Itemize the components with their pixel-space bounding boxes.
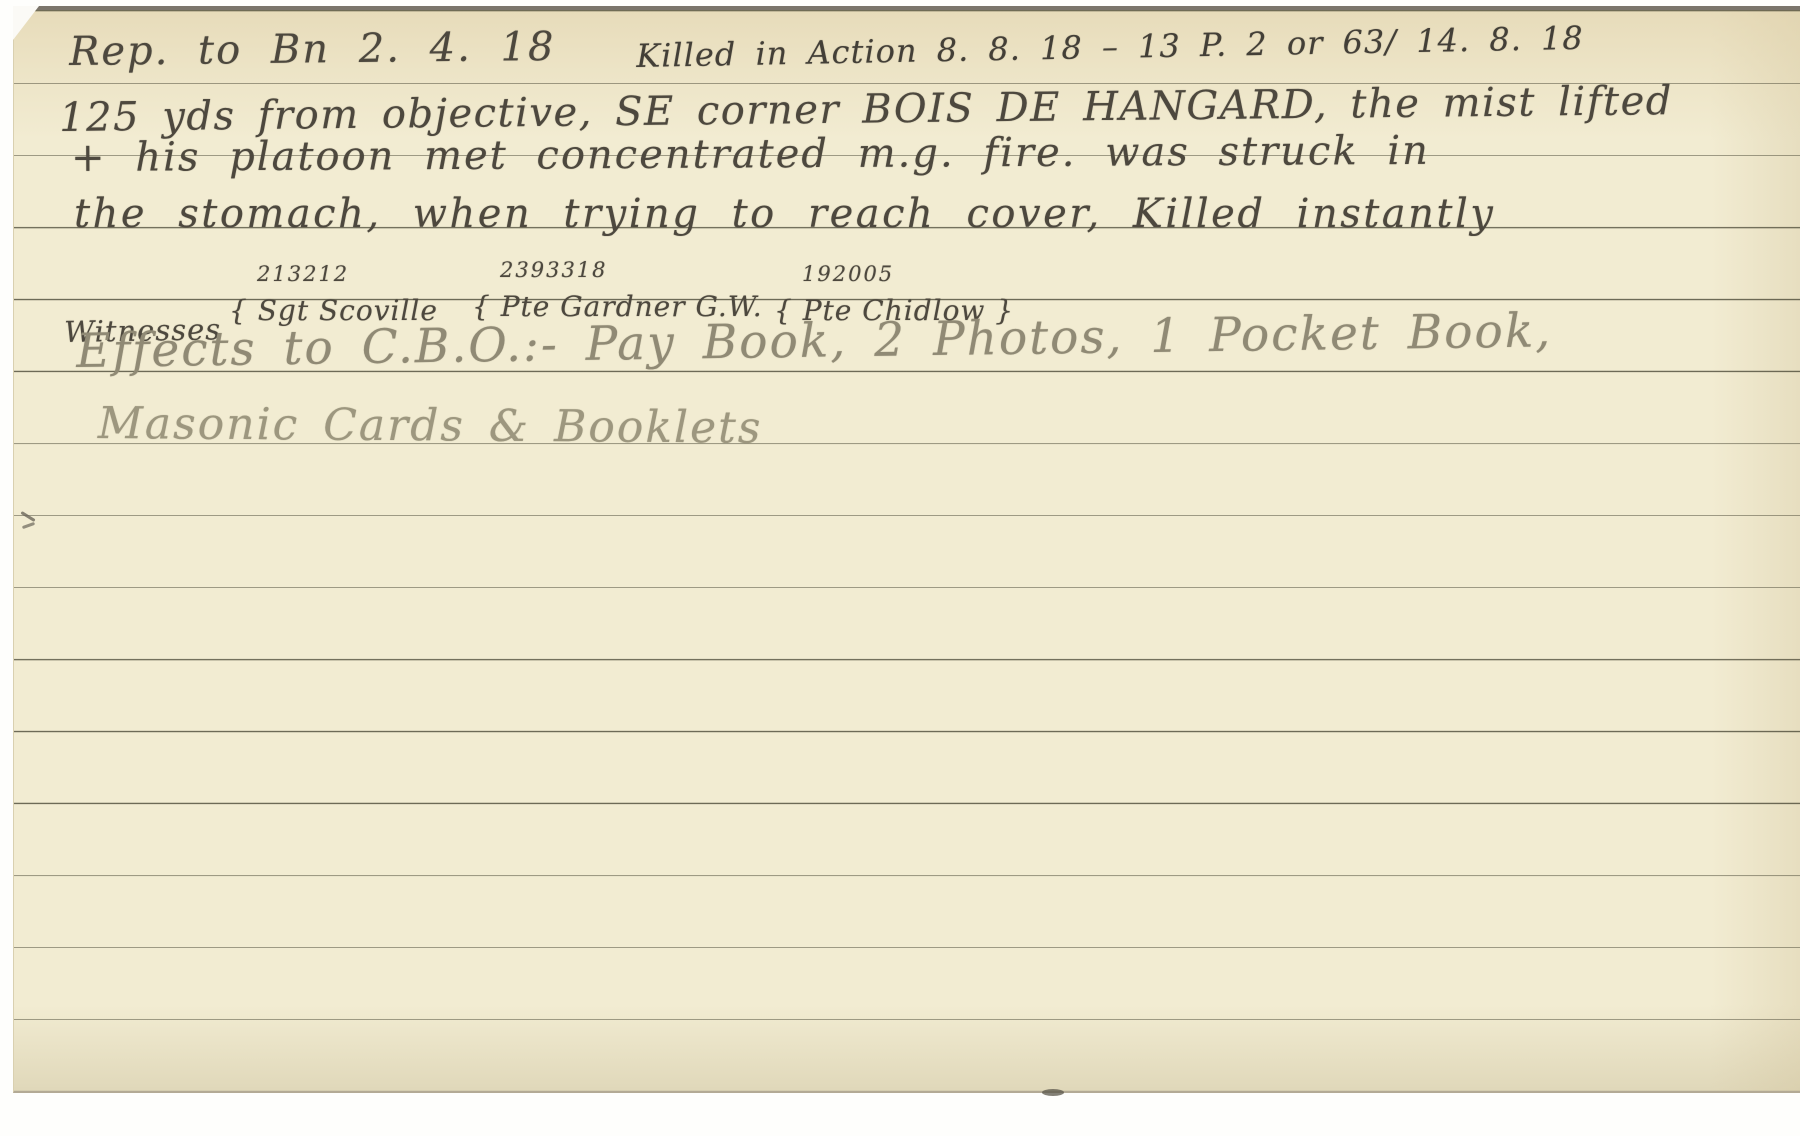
witness-group: 213212 { Sgt Scoville (229, 262, 438, 327)
body-line-2: + his platoon met concentrated m.g. fire… (71, 131, 1430, 178)
card-corner-clip (13, 6, 39, 40)
body-line-3: the stomach, when trying to reach cover,… (74, 194, 1495, 234)
witness-service-number: 213212 (257, 262, 438, 286)
edge-pencil-mark (20, 511, 35, 522)
effects-line-2: Masonic Cards & Booklets (98, 402, 763, 451)
body-line-1: 125 yds from objective, SE corner BOIS D… (59, 81, 1673, 138)
index-card: Rep. to Bn 2. 4. 18 Killed in Action 8. … (13, 6, 1800, 1093)
witness-service-number: 2393318 (500, 258, 763, 282)
header-report-note: Rep. to Bn 2. 4. 18 (69, 27, 556, 72)
witness-group: 2393318 { Pte Gardner G.W. (472, 258, 763, 323)
header-killed-in-action-note: Killed in Action 8. 8. 18 – 13 P. 2 or 6… (636, 22, 1584, 72)
edge-pencil-mark (22, 522, 35, 529)
witness-service-number: 192005 (802, 262, 1014, 286)
bottom-edge-smudge (1042, 1089, 1064, 1096)
